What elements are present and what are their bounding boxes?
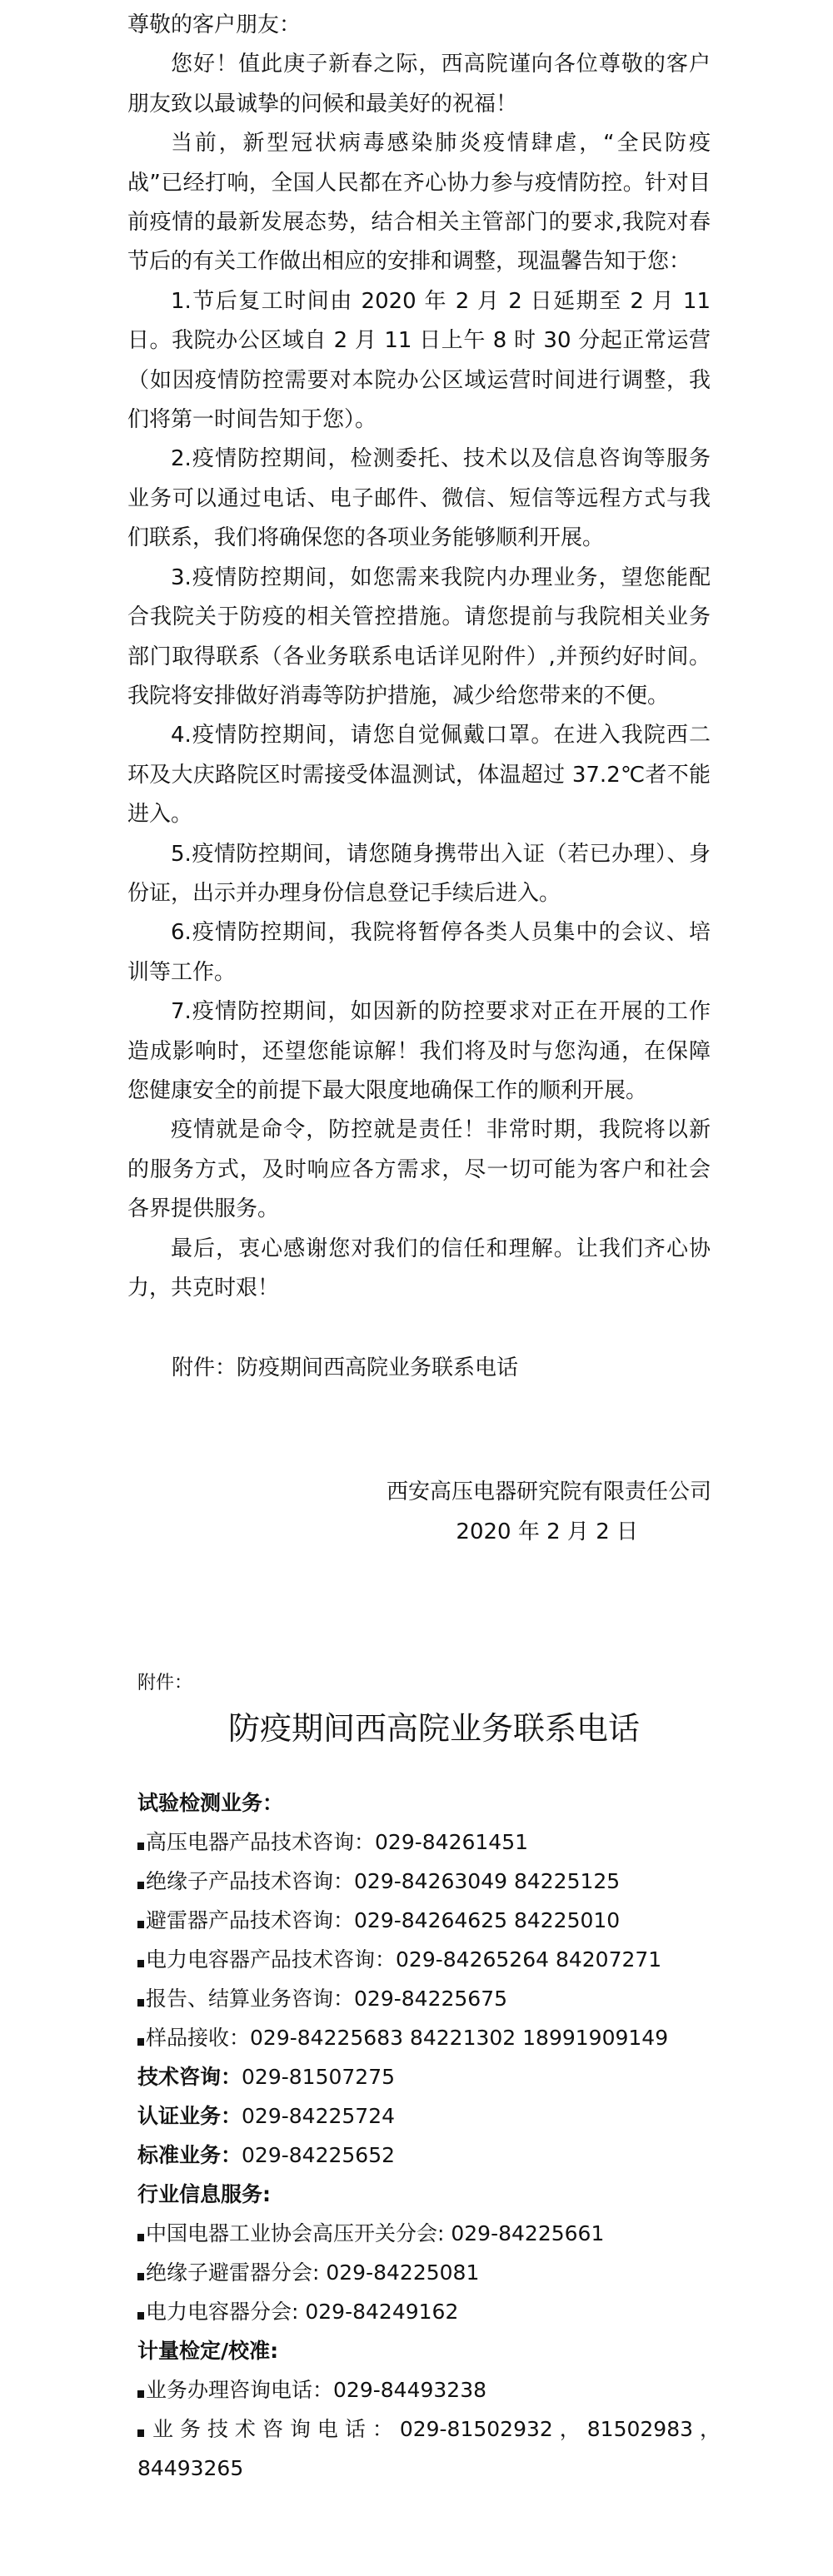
square-bullet-icon: [137, 1921, 144, 1928]
paragraph-situation: 当前，新型冠状病毒感染肺炎疫情肆虐，“全民防疫战”已经打响，全国人民都在齐心协力…: [127, 124, 711, 282]
square-bullet-icon: [137, 2273, 144, 2280]
contact-label: 业务技术咨询电话：: [146, 2417, 400, 2441]
signature-date: 2020 年 2 月 2 日: [367, 1512, 711, 1552]
signature-block: 西安高压电器研究院有限责任公司 2020 年 2 月 2 日: [367, 1472, 711, 1552]
contact-phone: 029-84225081: [326, 2260, 479, 2285]
contact-item: 高压电器产品技术咨询：029-84261451: [137, 1823, 721, 1862]
contact-item: 样品接收：029-84225683 84221302 18991909149: [137, 2018, 721, 2057]
square-bullet-icon: [137, 2312, 144, 2320]
attachment-note: 附件：防疫期间西高院业务联系电话: [172, 1349, 518, 1388]
section-heading-standards: 标准业务：: [137, 2143, 242, 2167]
square-bullet-icon: [137, 2234, 144, 2241]
signature-organization: 西安高压电器研究院有限责任公司: [367, 1472, 711, 1512]
salutation: 尊敬的客户朋友：: [127, 6, 711, 45]
contact-phone: 029-84225683 84221302 18991909149: [250, 2026, 668, 2050]
square-bullet-icon: [137, 1999, 144, 2007]
contact-label: 绝缘子避雷器分会:: [146, 2260, 326, 2285]
paragraph-greeting: 您好！值此庚子新春之际，西高院谨向各位尊敬的客户朋友致以最诚挚的问候和最美好的祝…: [127, 45, 711, 124]
paragraph-closing: 最后，衷心感谢您对我们的信任和理解。让我们齐心协力，共克时艰！: [127, 1230, 711, 1309]
contact-list: 试验检测业务： 高压电器产品技术咨询：029-84261451 绝缘子产品技术咨…: [137, 1783, 721, 2488]
paragraph-item-7: 7.疫情防控期间，如因新的防控要求对正在开展的工作造成影响时，还望您能谅解！我们…: [127, 992, 711, 1111]
contact-label: 高压电器产品技术咨询：: [146, 1830, 375, 1854]
contact-phone: 029-81502932，81502983，: [400, 2417, 721, 2441]
contact-label: 样品接收：: [146, 2026, 250, 2050]
contact-phone: 029-84264625 84225010: [354, 1908, 620, 1932]
appendix-label: 附件：: [137, 1670, 721, 1697]
section-heading-industry-info: 行业信息服务:: [137, 2175, 721, 2214]
contact-label: 业务办理咨询电话：: [146, 2378, 333, 2402]
contact-phone: 029-84225724: [242, 2104, 395, 2128]
paragraph-item-2: 2.疫情防控期间，检测委托、技术以及信息咨询等服务业务可以通过电话、电子邮件、微…: [127, 440, 711, 558]
contact-phone: 029-84249162: [305, 2300, 458, 2324]
contact-item: 绝缘子产品技术咨询：029-84263049 84225125: [137, 1862, 721, 1901]
contact-label: 电力电容器产品技术咨询：: [146, 1947, 396, 1972]
square-bullet-icon: [137, 1842, 144, 1850]
appendix-contacts: 附件： 防疫期间西高院业务联系电话 试验检测业务： 高压电器产品技术咨询：029…: [137, 1670, 721, 2488]
section-heading-testing: 试验检测业务：: [137, 1783, 721, 1823]
appendix-title: 防疫期间西高院业务联系电话: [137, 1703, 721, 1753]
contact-label: 绝缘子产品技术咨询：: [146, 1869, 354, 1893]
square-bullet-icon: [137, 2038, 144, 2046]
contact-phone: 029-84225652: [242, 2143, 395, 2167]
contact-phone: 029-84261451: [375, 1830, 528, 1854]
section-heading-certification: 认证业务：: [137, 2104, 242, 2128]
contact-item: 中国电器工业协会高压开关分会: 029-84225661: [137, 2214, 721, 2253]
contact-phone: 029-81507275: [242, 2065, 395, 2089]
contact-item: 绝缘子避雷器分会: 029-84225081: [137, 2253, 721, 2292]
section-heading-tech-consult: 技术咨询：: [137, 2065, 242, 2089]
contact-item: 避雷器产品技术咨询：029-84264625 84225010: [137, 1901, 721, 1940]
contact-item: 电力电容器分会: 029-84249162: [137, 2292, 721, 2331]
paragraph-commitment: 疫情就是命令，防控就是责任！非常时期，我院将以新的服务方式，及时响应各方需求，尽…: [127, 1111, 711, 1229]
paragraph-item-1: 1.节后复工时间由 2020 年 2 月 2 日延期至 2 月 11 日。我院办…: [127, 282, 711, 440]
contact-label: 报告、结算业务咨询：: [146, 1987, 354, 2011]
paragraph-item-6: 6.疫情防控期间，我院将暂停各类人员集中的会议、培训等工作。: [127, 913, 711, 992]
contact-label: 避雷器产品技术咨询：: [146, 1908, 354, 1932]
paragraph-item-3: 3.疫情防控期间，如您需来我院内办理业务，望您能配合我院关于防疫的相关管控措施。…: [127, 559, 711, 717]
contact-phone: 029-84225661: [451, 2221, 604, 2245]
contact-item: 电力电容器产品技术咨询：029-84265264 84207271: [137, 1940, 721, 1979]
contact-item: 报告、结算业务咨询：029-84225675: [137, 1979, 721, 2018]
contact-phone: 029-84225675: [354, 1987, 507, 2011]
square-bullet-icon: [137, 1960, 144, 1967]
contact-item: 业务办理咨询电话：029-84493238: [137, 2370, 721, 2409]
notice-letter: 尊敬的客户朋友： 您好！值此庚子新春之际，西高院谨向各位尊敬的客户朋友致以最诚挚…: [127, 6, 711, 1308]
contact-phone: 029-84493238: [333, 2378, 486, 2402]
contact-item: 业务技术咨询电话：029-81502932，81502983，: [137, 2409, 721, 2449]
contact-item-standards: 标准业务：029-84225652: [137, 2136, 721, 2175]
contact-phone: 029-84265264 84207271: [396, 1947, 661, 1972]
contact-label: 电力电容器分会:: [146, 2300, 305, 2324]
contact-label: 中国电器工业协会高压开关分会:: [146, 2221, 451, 2245]
contact-item-continuation: 84493265: [137, 2449, 721, 2488]
contact-item-certification: 认证业务：029-84225724: [137, 2096, 721, 2136]
square-bullet-icon: [137, 2429, 144, 2437]
contact-item-tech-consult: 技术咨询：029-81507275: [137, 2057, 721, 2096]
paragraph-item-5: 5.疫情防控期间，请您随身携带出入证（若已办理）、身份证，出示并办理身份信息登记…: [127, 835, 711, 914]
paragraph-item-4: 4.疫情防控期间，请您自觉佩戴口罩。在进入我院西二环及大庆路院区时需接受体温测试…: [127, 716, 711, 834]
square-bullet-icon: [137, 2390, 144, 2398]
square-bullet-icon: [137, 1882, 144, 1889]
section-heading-metrology: 计量检定/校准:: [137, 2331, 721, 2370]
contact-phone: 84493265: [137, 2456, 243, 2480]
contact-phone: 029-84263049 84225125: [354, 1869, 620, 1893]
